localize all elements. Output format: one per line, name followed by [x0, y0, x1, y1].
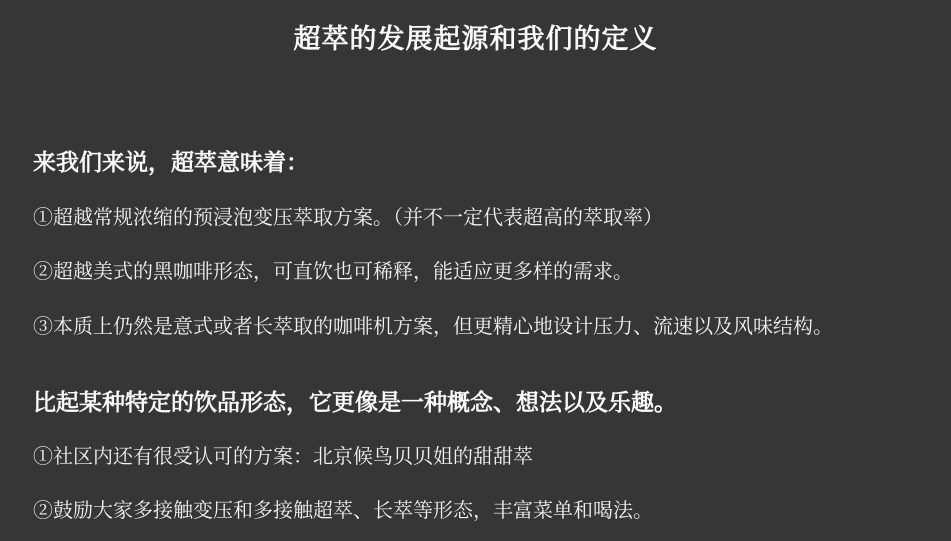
section-1-item-1: ①超越常规浓缩的预浸泡变压萃取方案。（并不一定代表超高的萃取率） — [33, 207, 931, 230]
section-2-item-1: ①社区内还有很受认可的方案：北京候鸟贝贝姐的甜甜萃 — [33, 446, 931, 469]
section-1-item-2: ②超越美式的黑咖啡形态，可直饮也可稀释，能适应更多样的需求。 — [33, 261, 931, 284]
slide: 超萃的发展起源和我们的定义 来我们来说，超萃意味着： ①超越常规浓缩的预浸泡变压… — [0, 0, 951, 541]
section-1-item-3: ③本质上仍然是意式或者长萃取的咖啡机方案，但更精心地设计压力、流速以及风味结构。 — [33, 316, 931, 339]
section-1-heading: 来我们来说，超萃意味着： — [33, 149, 931, 175]
section-2-heading: 比起某种特定的饮品形态，它更像是一种概念、想法以及乐趣。 — [33, 389, 931, 415]
section-2-item-2: ②鼓励大家多接触变压和多接触超萃、长萃等形态，丰富菜单和喝法。 — [33, 500, 931, 523]
slide-title: 超萃的发展起源和我们的定义 — [0, 24, 951, 54]
